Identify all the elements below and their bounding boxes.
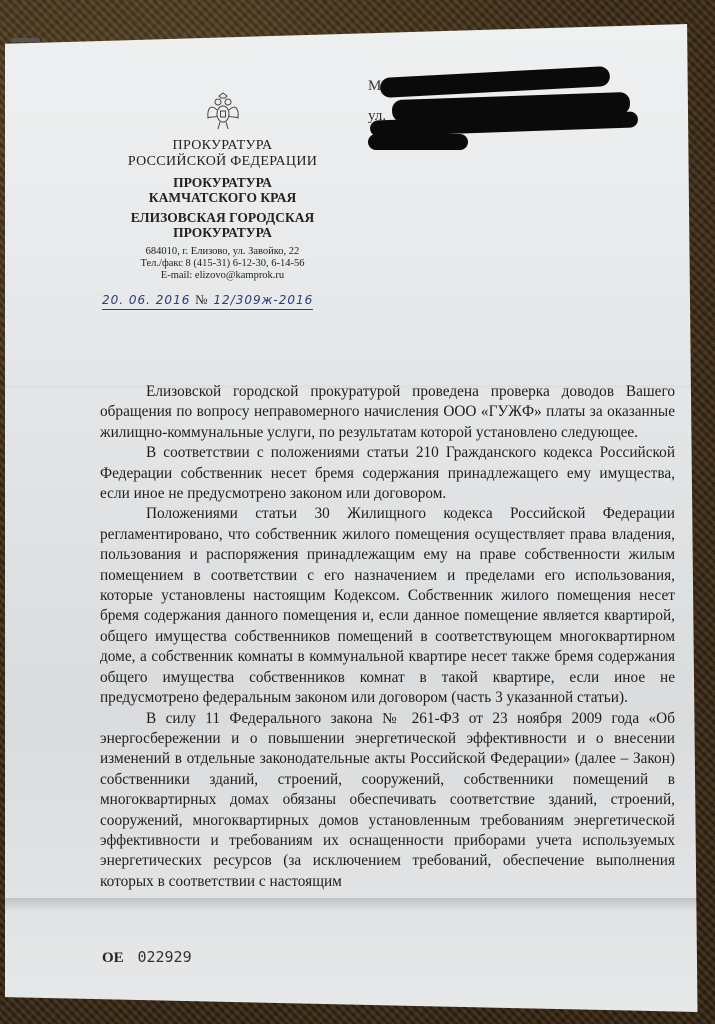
regional-office-line2: КАМЧАТСКОГО КРАЯ — [110, 190, 335, 205]
form-number: 022929 — [137, 948, 191, 966]
redaction-mark — [368, 134, 468, 150]
org-name-line2: РОССИЙСКОЙ ФЕДЕРАЦИИ — [110, 154, 335, 170]
staple-mark — [12, 38, 40, 42]
contact-block: 684010, г. Елизово, ул. Завойко, 22 Тел.… — [110, 246, 335, 282]
coat-of-arms-icon — [205, 92, 241, 132]
paragraph: В силу 11 Федерального закона № 261-ФЗ о… — [100, 709, 675, 893]
office-address: 684010, г. Елизово, ул. Завойко, 22 — [110, 246, 335, 258]
office-phone: Тел./факс 8 (415-31) 6-12-30, 6-14-56 — [110, 258, 335, 270]
paragraph: Елизовской городской прокуратурой провед… — [100, 382, 675, 443]
paper-fold — [5, 898, 700, 912]
local-office-line1: ЕЛИЗОВСКАЯ ГОРОДСКАЯ — [110, 210, 335, 225]
office-email: E-mail: elizovo@kamprok.ru — [110, 270, 335, 282]
paragraph: В соответствии с положениями статьи 210 … — [100, 443, 675, 504]
letterhead: ПРОКУРАТУРА РОССИЙСКОЙ ФЕДЕРАЦИИ ПРОКУРА… — [110, 92, 335, 282]
regional-office-line1: ПРОКУРАТУРА — [110, 175, 335, 190]
form-series: ОЕ — [102, 950, 124, 966]
outgoing-date: 20. 06. 2016 — [102, 293, 190, 307]
outgoing-reference: 20. 06. 2016 № 12/309ж-2016 — [102, 292, 313, 310]
outgoing-number: 12/309ж-2016 — [213, 293, 313, 307]
local-office-line2: ПРОКУРАТУРА — [110, 225, 335, 240]
org-name-line1: ПРОКУРАТУРА — [110, 138, 335, 154]
form-serial: ОЕ 022929 — [102, 948, 192, 967]
letter-body: Елизовской городской прокуратурой провед… — [100, 382, 675, 892]
number-sign: № — [195, 292, 208, 307]
paragraph: Положениями статьи 30 Жилищного кодекса … — [100, 504, 675, 708]
